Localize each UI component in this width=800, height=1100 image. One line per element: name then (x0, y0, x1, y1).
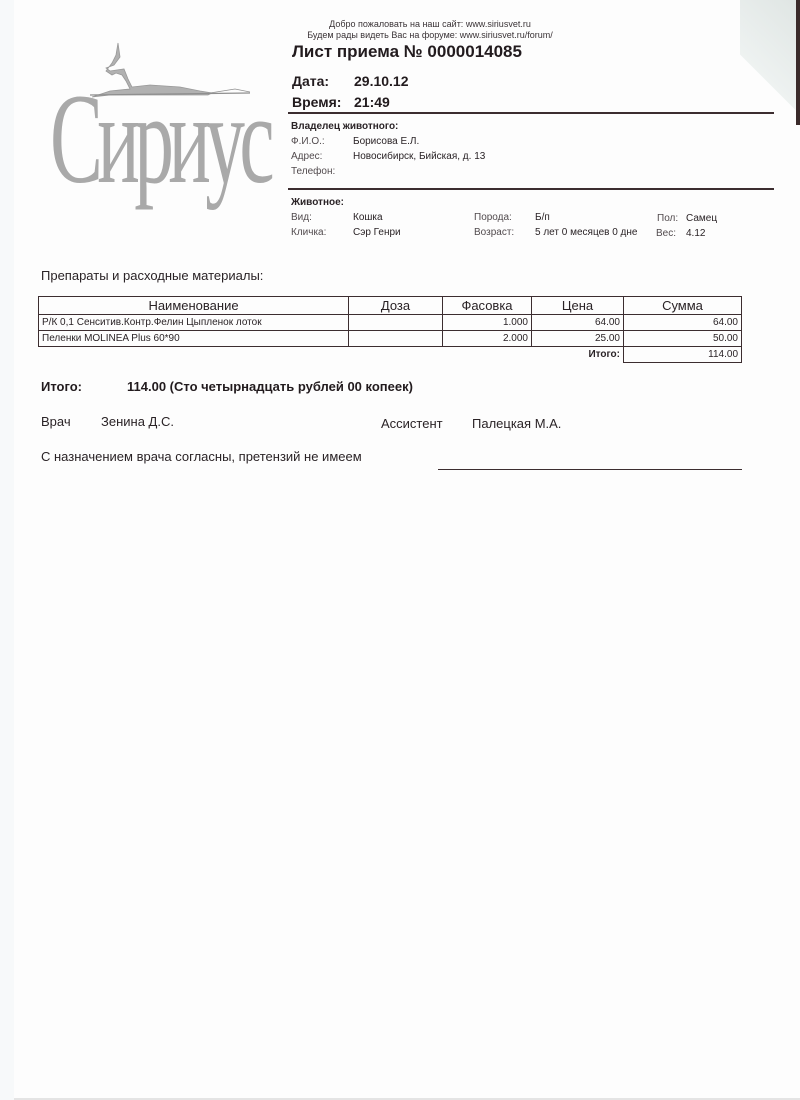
col-name-header: Наименование (39, 297, 349, 315)
animal-nickname-value: Сэр Генри (353, 227, 401, 238)
owner-address-label: Адрес: (291, 151, 322, 162)
welcome-site-text: Добро пожаловать на наш сайт: www.sirius… (270, 19, 590, 29)
agreement-text: С назначением врача согласны, претензий … (41, 449, 362, 464)
item-dose (349, 331, 443, 347)
table-row: Пеленки MOLINEA Plus 60*90 2.000 25.00 5… (39, 331, 742, 347)
item-price: 25.00 (532, 331, 624, 347)
col-price-header: Цена (532, 297, 624, 315)
item-sum: 50.00 (624, 331, 742, 347)
grand-total-text: 114.00 (Сто четырнадцать рублей 00 копее… (127, 379, 413, 394)
date-value: 29.10.12 (354, 73, 409, 89)
date-label: Дата: (292, 73, 329, 89)
animal-nickname-label: Кличка: (291, 227, 326, 238)
materials-heading: Препараты и расходные материалы: (41, 268, 263, 283)
doctor-label: Врач (41, 414, 71, 429)
table-header-row: Наименование Доза Фасовка Цена Сумма (39, 297, 742, 315)
time-label: Время: (292, 94, 341, 110)
item-sum: 64.00 (624, 315, 742, 331)
doctor-value: Зенина Д.С. (101, 414, 174, 429)
item-price: 64.00 (532, 315, 624, 331)
table-row: Р/К 0,1 Сенситив.Контр.Фелин Цыпленок ло… (39, 315, 742, 331)
scan-left-edge (0, 0, 14, 1100)
col-pack-header: Фасовка (443, 297, 532, 315)
item-name: Р/К 0,1 Сенситив.Контр.Фелин Цыпленок ло… (39, 315, 349, 331)
signature-line (438, 469, 742, 470)
animal-breed-label: Порода: (474, 212, 512, 223)
welcome-forum-text: Будем рады видеть Вас на форуме: www.sir… (270, 30, 590, 40)
animal-species-value: Кошка (353, 212, 383, 223)
col-sum-header: Сумма (624, 297, 742, 315)
owner-address-value: Новосибирск, Бийская, д. 13 (353, 151, 485, 162)
animal-weight-value: 4.12 (686, 228, 705, 239)
materials-table: Наименование Доза Фасовка Цена Сумма Р/К… (38, 296, 742, 363)
animal-age-label: Возраст: (474, 227, 514, 238)
animal-breed-value: Б/п (535, 212, 550, 223)
item-dose (349, 315, 443, 331)
animal-sex-value: Самец (686, 213, 717, 224)
item-pack: 1.000 (443, 315, 532, 331)
divider-header (288, 112, 774, 114)
table-total-label: Итого: (532, 347, 624, 363)
animal-section-title: Животное: (291, 197, 344, 208)
clinic-logo: Сириус (40, 35, 270, 240)
owner-section-title: Владелец животного: (291, 121, 398, 132)
divider-owner (288, 188, 774, 190)
time-value: 21:49 (354, 94, 390, 110)
logo-wordmark: Сириус (50, 75, 269, 203)
animal-age-value: 5 лет 0 месяцев 0 дне (535, 227, 637, 238)
table-total-value: 114.00 (624, 347, 742, 363)
owner-name-label: Ф.И.О.: (291, 136, 325, 147)
document-title: Лист приема № 0000014085 (292, 42, 522, 62)
owner-phone-label: Телефон: (291, 166, 335, 177)
animal-weight-label: Вес: (656, 228, 676, 239)
table-total-row: Итого: 114.00 (39, 347, 742, 363)
item-pack: 2.000 (443, 331, 532, 347)
animal-species-label: Вид: (291, 212, 312, 223)
assistant-label: Ассистент (381, 416, 443, 431)
scan-corner-edge (796, 0, 800, 125)
animal-sex-label: Пол: (657, 213, 678, 224)
grand-total-label: Итого: (41, 379, 82, 394)
item-name: Пеленки MOLINEA Plus 60*90 (39, 331, 349, 347)
scan-corner-fold (740, 0, 800, 130)
col-dose-header: Доза (349, 297, 443, 315)
owner-name-value: Борисова Е.Л. (353, 136, 419, 147)
assistant-value: Палецкая М.А. (472, 416, 561, 431)
